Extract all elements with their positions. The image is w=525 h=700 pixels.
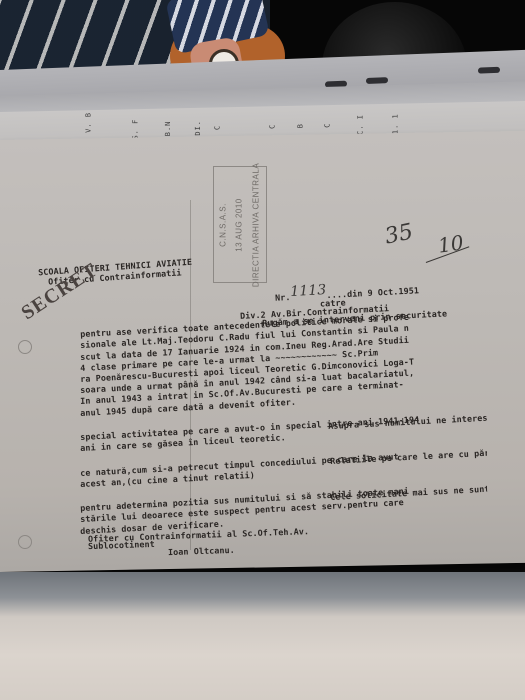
stamp-line-3: DIRECTIA ARHIVA CENTRALA bbox=[252, 162, 261, 286]
strip-label: C bbox=[214, 125, 222, 130]
strip-label: B bbox=[297, 123, 305, 128]
strip-label: C bbox=[324, 122, 332, 127]
punch-hole-mark bbox=[18, 535, 32, 549]
strip-label: S. F bbox=[131, 119, 139, 140]
binder-hole bbox=[366, 77, 388, 84]
strip-label: DI. bbox=[194, 120, 202, 136]
strip-label: B.N bbox=[164, 121, 172, 137]
stamp-date: 13 AUG 2010 bbox=[235, 198, 244, 252]
binder-hole bbox=[478, 67, 500, 74]
handwritten-registration-number: 1113 bbox=[290, 282, 327, 300]
number-prefix: Nr. bbox=[275, 292, 291, 303]
strip-label: 1. 1 bbox=[391, 113, 399, 134]
stamp-line-1: C.N.S.A.S. bbox=[219, 203, 228, 247]
archive-stamp: C.N.S.A.S. 13 AUG 2010 DIRECTIA ARHIVA C… bbox=[213, 166, 267, 283]
strip-label: C. I bbox=[356, 114, 364, 135]
strip-label: C bbox=[269, 124, 277, 129]
punch-hole-mark bbox=[18, 340, 32, 354]
lower-page-stack bbox=[0, 572, 525, 700]
